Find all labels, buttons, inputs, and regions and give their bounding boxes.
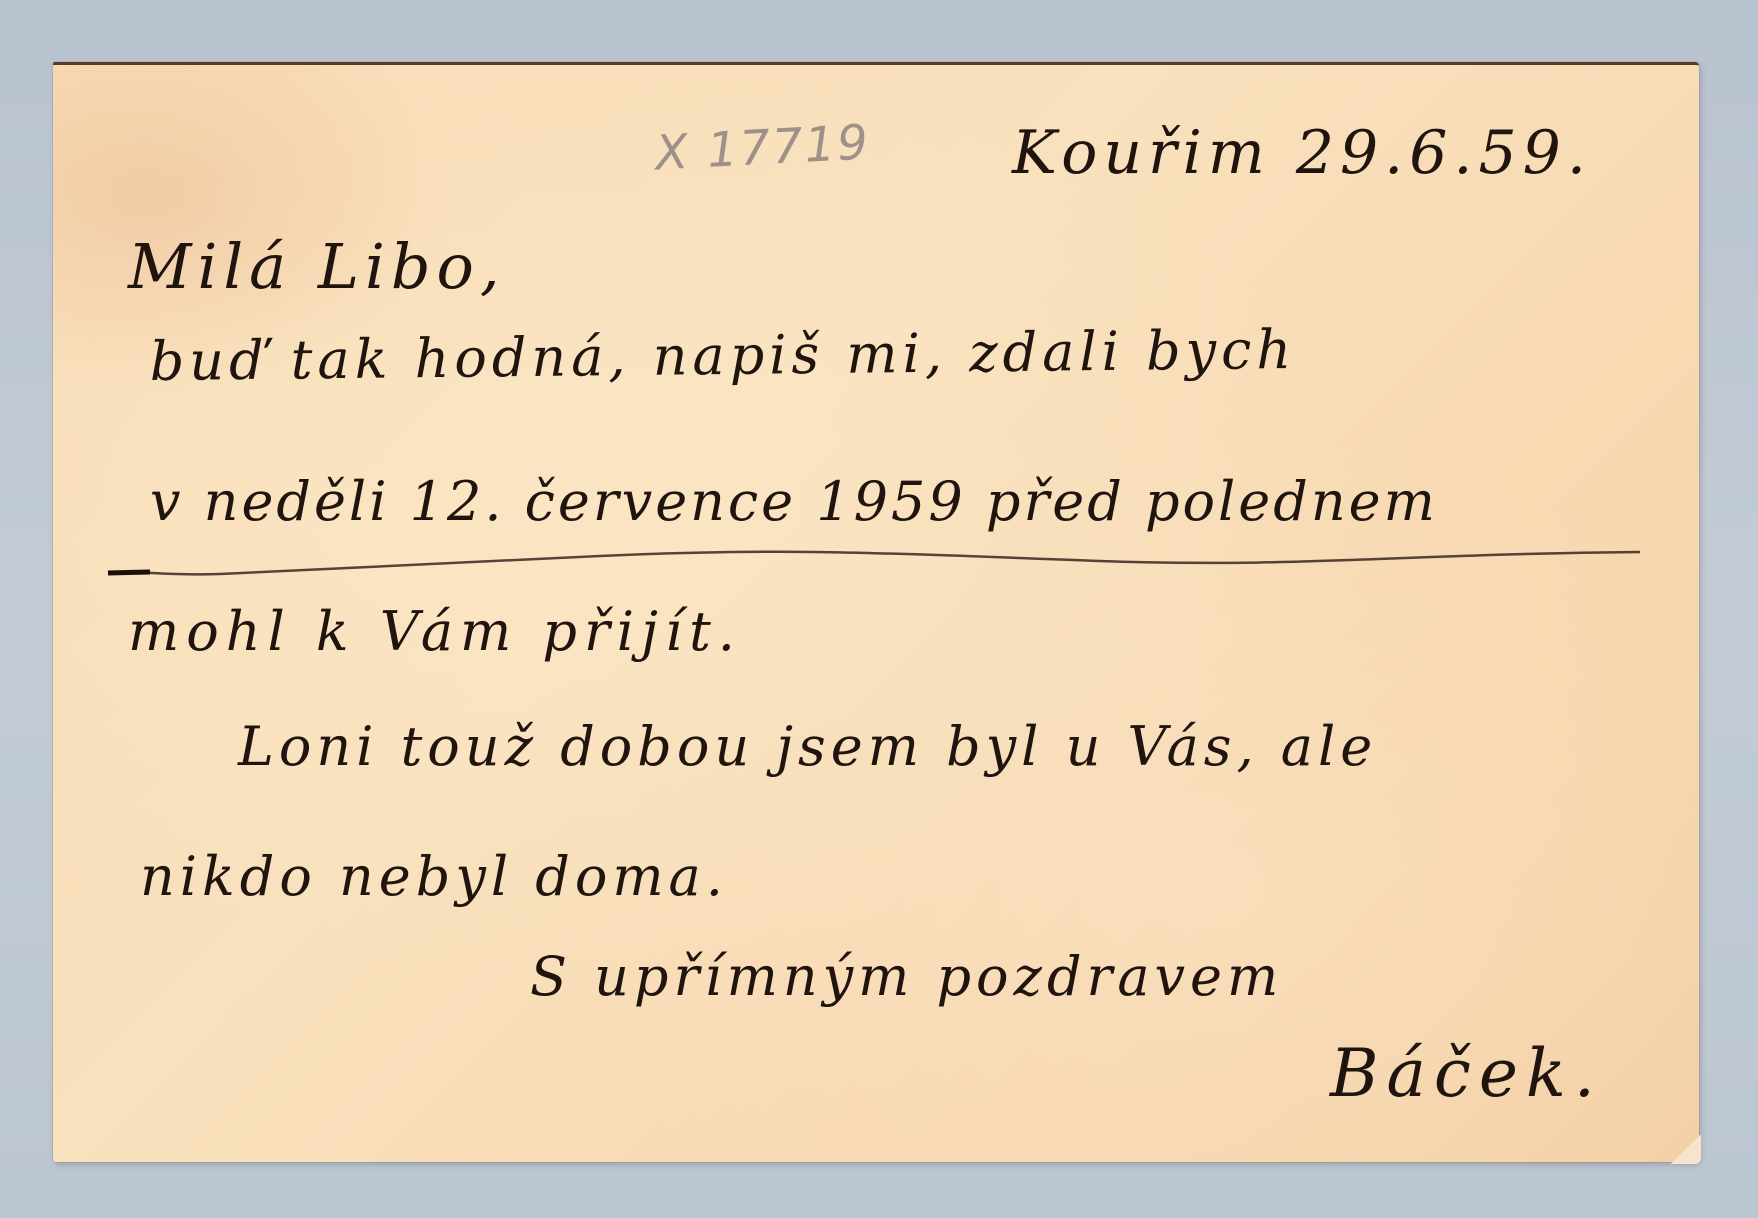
torn-corner [1671,1134,1701,1164]
body-line-2: v neděli 12. července 1959 před polednem [150,470,1438,533]
closing: S upřímným pozdravem [530,945,1283,1008]
archive-mark: X 17719 [654,114,871,181]
place-date: Kouřim 29.6.59. [1012,118,1592,188]
body-line-1: buď tak hodná, napiš mi, zdali bych [149,318,1296,393]
underline-stroke [100,540,1650,580]
body-line-4: Loni touž dobou jsem byl u Vás, ale [238,715,1377,778]
salutation: Milá Libo, [128,230,506,303]
body-line-5: nikdo nebyl doma. [140,845,728,908]
body-line-3: mohl k Vám přijít. [128,600,742,663]
signature: Báček. [1330,1035,1603,1112]
